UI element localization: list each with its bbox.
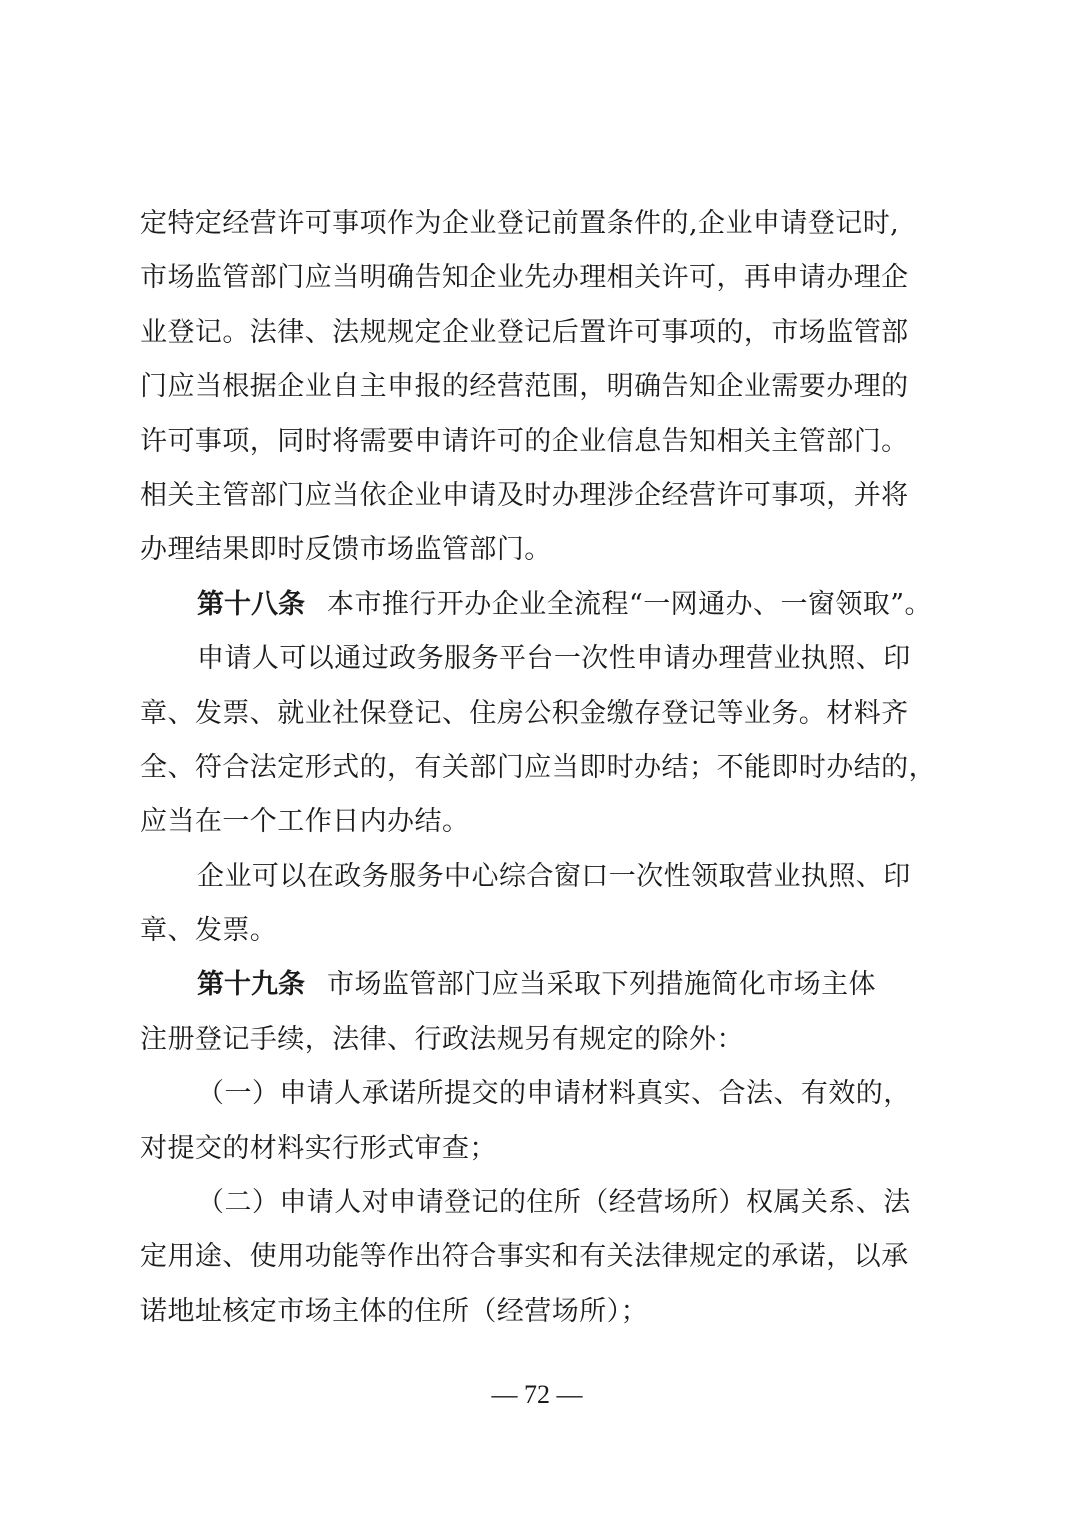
text-line: 注册登记手续，法律、行政法规另有规定的除外：: [140, 1013, 940, 1067]
text-line: 应当在一个工作日内办结。: [140, 795, 940, 849]
text-line: 全、符合法定形式的，有关部门应当即时办结；不能即时办结的，: [140, 741, 940, 795]
text-line: 章、发票、就业社保登记、住房公积金缴存登记等业务。材料齐: [140, 687, 940, 741]
text-line: 章、发票。: [140, 904, 940, 958]
text-line: 门应当根据企业自主申报的经营范围，明确告知企业需要办理的: [140, 360, 940, 414]
text-line: 申请人可以通过政务服务平台一次性申请办理营业执照、印: [140, 632, 940, 686]
list-item-1: （一）申请人承诺所提交的申请材料真实、合法、有效的，: [140, 1067, 940, 1121]
text-line: 办理结果即时反馈市场监管部门。: [140, 523, 940, 577]
page-number: — 72 —: [0, 1380, 1074, 1410]
document-page: 定特定经营许可事项作为企业登记前置条件的,企业申请登记时, 市场监管部门应当明确…: [0, 0, 1074, 1520]
article-18-lead: 本市推行开办企业全流程“一网通办、一窗领取”。: [327, 589, 932, 620]
list-item-2: （二）申请人对申请登记的住所（经营场所）权属关系、法: [140, 1176, 940, 1230]
article-18-first-line: 第十八条本市推行开办企业全流程“一网通办、一窗领取”。: [140, 578, 940, 632]
text-line: 企业可以在政务服务中心综合窗口一次性领取营业执照、印: [140, 850, 940, 904]
article-19-heading: 第十九条: [197, 969, 305, 1000]
text-line: 诺地址核定市场主体的住所（经营场所）；: [140, 1285, 940, 1339]
body-text: 定特定经营许可事项作为企业登记前置条件的,企业申请登记时, 市场监管部门应当明确…: [140, 197, 940, 1339]
text-line: 市场监管部门应当明确告知企业先办理相关许可，再申请办理企: [140, 251, 940, 305]
article-19-first-line: 第十九条市场监管部门应当采取下列措施简化市场主体: [140, 958, 940, 1012]
text-line: 业登记。法律、法规规定企业登记后置许可事项的，市场监管部: [140, 306, 940, 360]
article-18-heading: 第十八条: [197, 589, 305, 620]
article-19-lead: 市场监管部门应当采取下列措施简化市场主体: [327, 969, 876, 1000]
text-line: 相关主管部门应当依企业申请及时办理涉企经营许可事项，并将: [140, 469, 940, 523]
text-line: 定用途、使用功能等作出符合事实和有关法律规定的承诺，以承: [140, 1230, 940, 1284]
text-line: 对提交的材料实行形式审查；: [140, 1122, 940, 1176]
text-line: 定特定经营许可事项作为企业登记前置条件的,企业申请登记时,: [140, 197, 940, 251]
text-line: 许可事项，同时将需要申请许可的企业信息告知相关主管部门。: [140, 415, 940, 469]
